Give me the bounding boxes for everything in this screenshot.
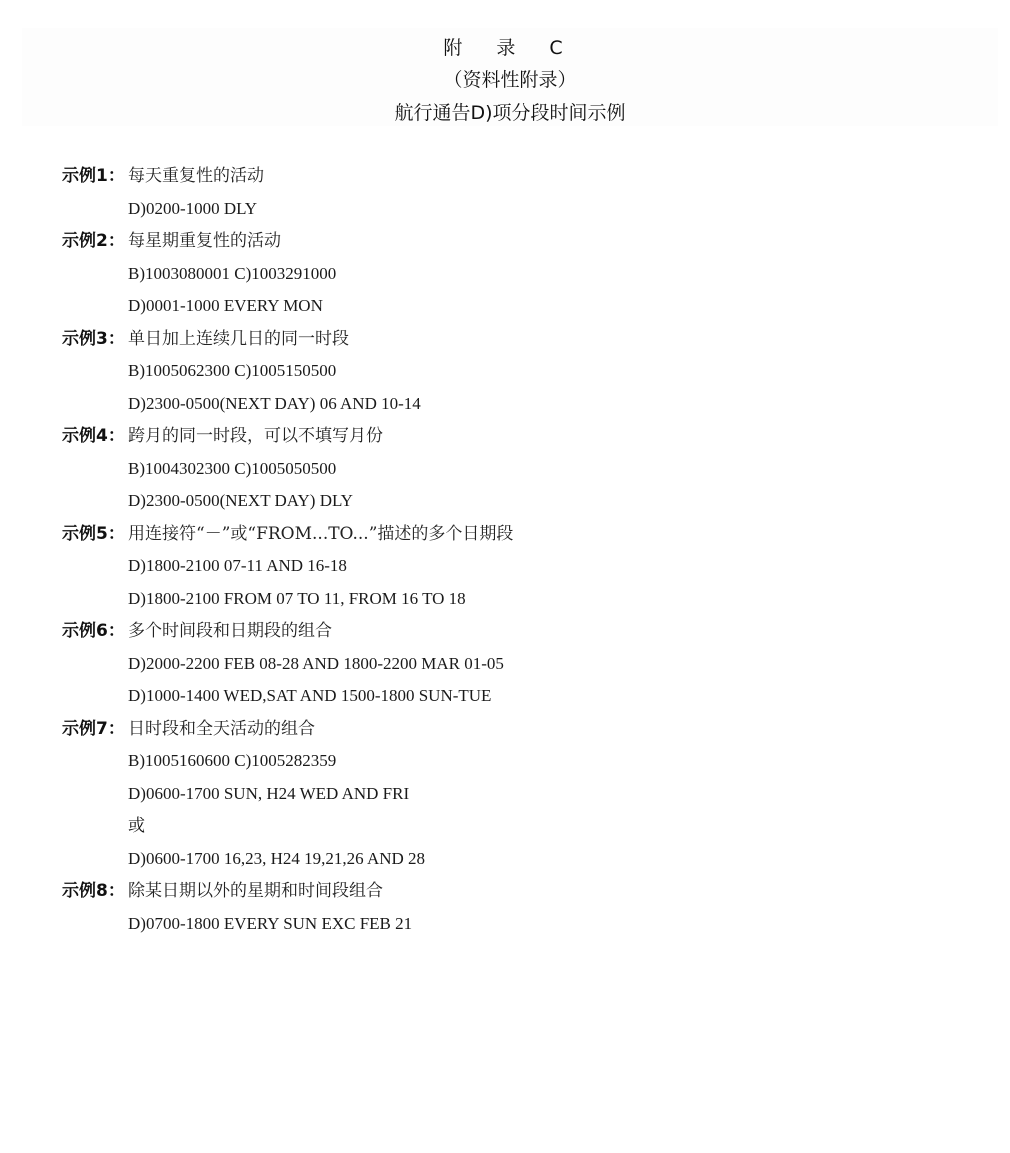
example-description: 多个时间段和日期段的组合 [128,621,332,641]
example-code-line: B)1005160600 C)1005282359 [62,745,962,778]
example-code-line: D)0600-1700 16,23, H24 19,21,26 AND 28 [62,843,962,876]
example-code-line: D)2000-2200 FEB 08-28 AND 1800-2200 MAR … [62,648,962,681]
example-label: 示例5： [62,518,128,551]
example-code-line: B)1003080001 C)1003291000 [62,258,962,291]
example-or-separator: 或 [62,810,962,843]
appendix-header: 附 录 C （资料性附录） 航行通告D)项分段时间示例 [22,28,998,126]
example-heading: 示例1：每天重复性的活动 [62,160,962,193]
example-code-line: D)0200-1000 DLY [62,193,962,226]
example-code-line: D)0600-1700 SUN, H24 WED AND FRI [62,778,962,811]
example-code-line: D)1800-2100 FROM 07 TO 11, FROM 16 TO 18 [62,583,962,616]
appendix-subtitle: （资料性附录） [22,65,998,92]
examples-list: 示例1：每天重复性的活动 D)0200-1000 DLY 示例2：每星期重复性的… [62,160,962,940]
page-title: 航行通告D)项分段时间示例 [22,98,998,125]
example-code-line: B)1004302300 C)1005050500 [62,453,962,486]
example-code-line: D)1000-1400 WED,SAT AND 1500-1800 SUN-TU… [62,680,962,713]
example-code-line: D)0001-1000 EVERY MON [62,290,962,323]
example-code-line: D)2300-0500(NEXT DAY) 06 AND 10-14 [62,388,962,421]
example-label: 示例2： [62,225,128,258]
example-code-line: B)1005062300 C)1005150500 [62,355,962,388]
example-heading: 示例3：单日加上连续几日的同一时段 [62,323,962,356]
example-label: 示例6： [62,615,128,648]
example-description: 日时段和全天活动的组合 [128,719,315,739]
example-description: 每星期重复性的活动 [128,231,281,251]
example-code-line: D)1800-2100 07-11 AND 16-18 [62,550,962,583]
example-label: 示例8： [62,875,128,908]
example-code-line: D)0700-1800 EVERY SUN EXC FEB 21 [62,908,962,941]
example-heading: 示例2：每星期重复性的活动 [62,225,962,258]
example-heading: 示例6：多个时间段和日期段的组合 [62,615,962,648]
example-heading: 示例7：日时段和全天活动的组合 [62,713,962,746]
example-label: 示例1： [62,160,128,193]
example-label: 示例7： [62,713,128,746]
example-description: 单日加上连续几日的同一时段 [128,329,349,349]
example-label: 示例4： [62,420,128,453]
example-heading: 示例8：除某日期以外的星期和时间段组合 [62,875,962,908]
example-label: 示例3： [62,323,128,356]
example-description: 跨月的同一时段，可以不填写月份 [128,426,383,446]
example-heading: 示例5：用连接符“－”或“FROM...TO...”描述的多个日期段 [62,518,962,551]
example-heading: 示例4：跨月的同一时段，可以不填写月份 [62,420,962,453]
example-description: 除某日期以外的星期和时间段组合 [128,881,383,901]
appendix-label: 附 录 C [22,33,998,60]
example-description: 用连接符“－”或“FROM...TO...”描述的多个日期段 [128,524,513,544]
example-code-line: D)2300-0500(NEXT DAY) DLY [62,485,962,518]
example-description: 每天重复性的活动 [128,166,264,186]
